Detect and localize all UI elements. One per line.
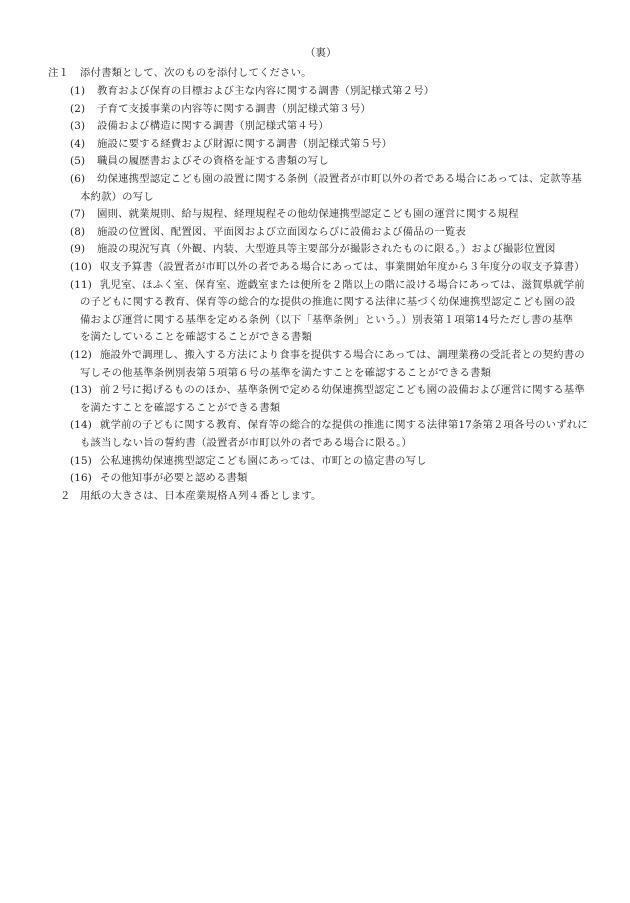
item-text: 施設に要する経費および財源に関する調書（別記様式第５号） (97, 138, 392, 151)
item-number: (1) (70, 85, 85, 98)
note-1-text: 添付書類として、次のものを添付してください。 (80, 67, 312, 80)
item-number: (8) (70, 226, 85, 239)
page-title: （裏） (305, 47, 337, 60)
item-text-continuation: を満たしていることを確認することができる書類 (80, 331, 312, 344)
item-number: (16) (70, 472, 92, 485)
item-text: 園則、就業規則、給与規程、経理規程その他幼保連携型認定こども園の運営に関する規程 (97, 208, 519, 221)
item-number: (5) (70, 155, 85, 168)
note-2-label: ２ (60, 490, 71, 503)
item-text: 教育および保育の目標および主な内容に関する調書（別記様式第２号） (97, 85, 434, 98)
item-number: (15) (70, 455, 92, 468)
note-2-text: 用紙の大きさは、日本産業規格Ａ列４番とします。 (80, 490, 322, 503)
item-number: (4) (70, 138, 85, 151)
item-text-continuation: 写しその他基準条例別表第５項第６号の基準を満たすことを確認することができる書類 (80, 367, 491, 380)
item-number: (2) (70, 103, 85, 116)
item-text: 前２号に掲げるもののほか、基準条例で定める幼保連携型認定こども園の設備および運営… (100, 384, 585, 397)
item-text: その他知事が必要と認める書類 (100, 472, 248, 485)
item-number: (12) (70, 349, 92, 362)
item-text: 職員の履歴書およびその資格を証する書類の写し (97, 155, 329, 168)
item-number: (9) (70, 243, 85, 256)
item-text: 施設の現況写真（外観、内装、大型遊具等主要部分が撮影されたものに限る。）および撮… (97, 243, 556, 256)
item-text: 乳児室、ほふく室、保育室、遊戯室または便所を２階以上の階に設ける場合にあっては、… (100, 279, 585, 292)
item-text: 子育て支援事業の内容等に関する調書（別記様式第３号） (97, 103, 371, 116)
item-text-continuation: も該当しない旨の誓約書（設置者が市町以外の者である場合に限る。） (80, 437, 412, 450)
item-text: 公私連携幼保連携型認定こども園にあっては、市町との協定書の写し (100, 455, 427, 468)
item-number: (6) (70, 173, 85, 186)
item-number: (13) (70, 384, 92, 397)
item-text: 施設の位置図、配置図、平面図および立面図ならびに設備および備品の一覧表 (97, 226, 466, 239)
item-text: 幼保連携型認定こども園の設置に関する条例（設置者が市町以外の者である場合にあって… (97, 173, 582, 186)
item-text-continuation: 本約款）の写し (80, 191, 154, 204)
item-text: 就学前の子どもに関する教育、保育等の総合的な提供の推進に関する法律第17条第２項… (100, 419, 588, 432)
item-number: (11) (70, 279, 92, 292)
item-text: 施設外で調理し、搬入する方法により食事を提供する場合にあっては、調理業務の受託者… (100, 349, 585, 362)
note-1-label: 注１ (48, 67, 69, 80)
item-text-continuation: の子どもに関する教育、保育等の総合的な提供の推進に関する法律に基づく幼保連携型認… (80, 296, 575, 309)
item-text-continuation: を満たすことを確認することができる書類 (80, 402, 280, 415)
item-text: 設備および構造に関する調書（別記様式第４号） (97, 120, 329, 133)
item-number: (7) (70, 208, 85, 221)
item-number: (3) (70, 120, 85, 133)
item-text-continuation: 備および運営に関する基準を定める条例（以下「基準条例」という。）別表第１項第14… (80, 314, 573, 327)
item-number: (10) (70, 261, 92, 274)
item-text: 収支予算書（設置者が市町以外の者である場合にあっては、事業開始年度から３年度分の… (100, 261, 585, 274)
item-number: (14) (70, 419, 92, 432)
